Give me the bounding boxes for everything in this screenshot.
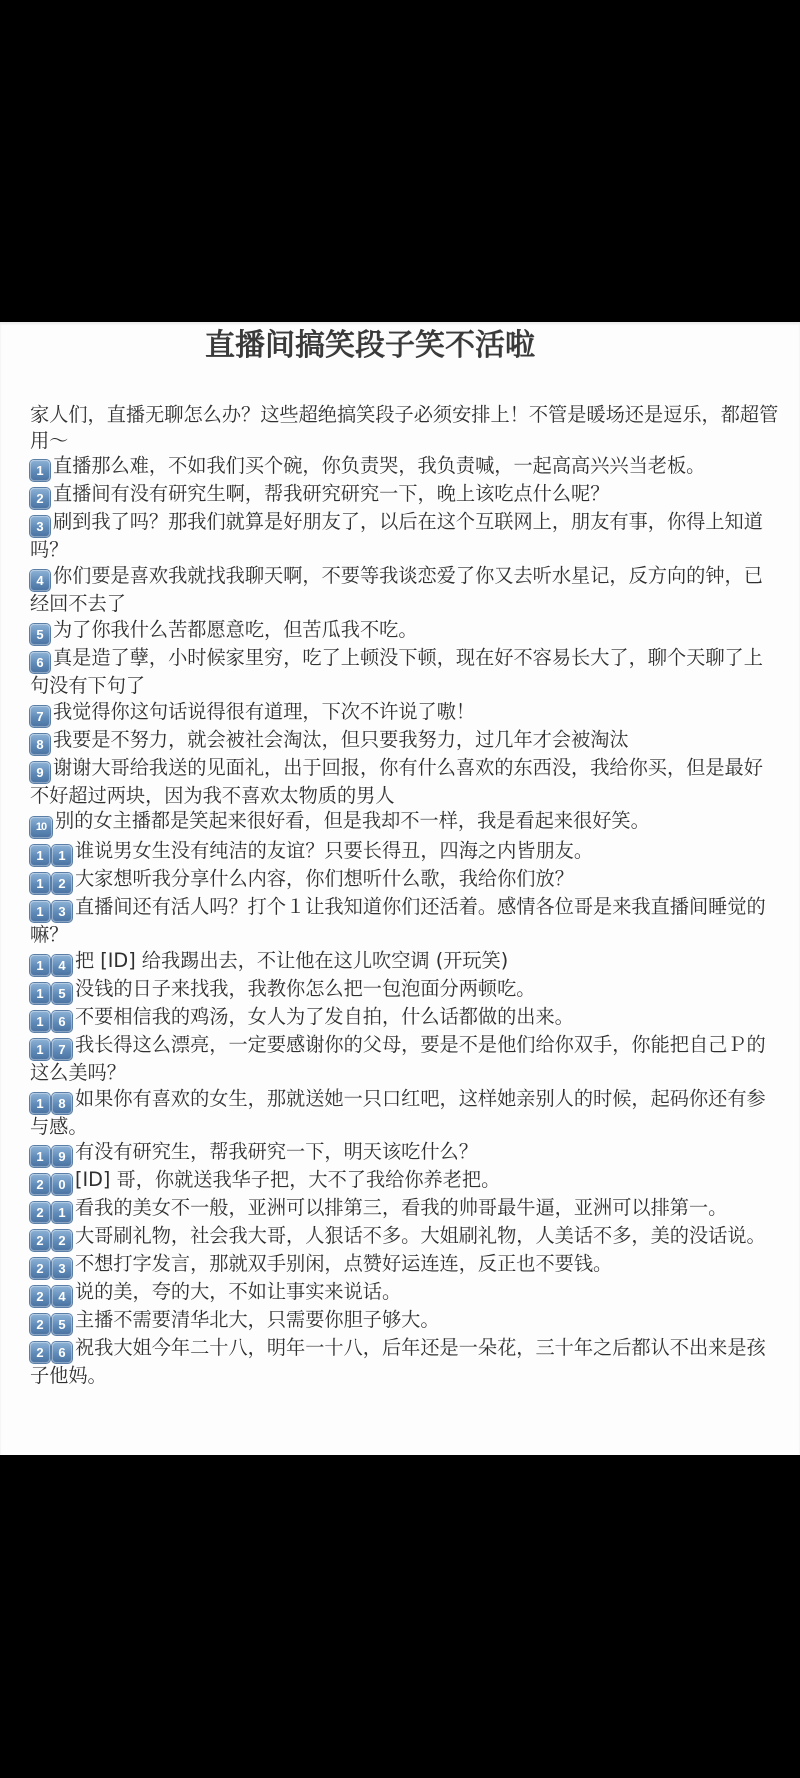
joke-text: 大哥刷礼物，社会我大哥，人狠话不多。大姐刷礼物，人美话不多，美的没话说。 <box>75 1224 766 1247</box>
number-keycap-icon: 10 <box>30 817 52 838</box>
joke-text: 如果你有喜欢的女生，那就送她一只口红吧，这样她亲别人的时候，起码你还有参与感。 <box>30 1087 766 1138</box>
joke-item: 1直播那么难，不如我们买个碗，你负责哭，我负责喊，一起高高兴兴当老板。 <box>30 453 782 481</box>
joke-item: 16不要相信我的鸡汤，女人为了发自拍，什么话都做的出来。 <box>30 1004 782 1032</box>
keycap-digit-icon: 1 <box>52 845 72 866</box>
keycap-digit-icon: 5 <box>52 1314 72 1335</box>
joke-text: 没钱的日子来找我，我教你怎么把一包泡面分两顿吃。 <box>75 977 536 1000</box>
number-keycap-icon: 16 <box>30 1011 72 1032</box>
document-title: 直播间搞笑段子笑不活啦 <box>0 328 740 364</box>
joke-list: 1直播那么难，不如我们买个碗，你负责哭，我负责喊，一起高高兴兴当老板。 2直播间… <box>30 453 782 1389</box>
keycap-digit-icon: 1 <box>30 1011 50 1032</box>
joke-text: 把 [ID] 给我踢出去，不让他在这儿吹空调 (开玩笑) <box>75 949 508 972</box>
keycap-digit-icon: 6 <box>52 1011 72 1032</box>
joke-item: 19有没有研究生，帮我研究一下，明天该吃什么？ <box>30 1139 782 1167</box>
keycap-digit-icon: 2 <box>30 1202 50 1223</box>
number-keycap-icon: 20 <box>30 1174 72 1195</box>
joke-item: 12大家想听我分享什么内容，你们想听什么歌，我给你们放？ <box>30 866 782 894</box>
joke-item: 4你们要是喜欢我就找我聊天啊，不要等我谈恋爱了你又去听水星记，反方向的钟，已经回… <box>30 563 782 617</box>
top-black-bar <box>0 0 800 322</box>
number-keycap-icon: 9 <box>30 762 50 783</box>
joke-text: 祝我大姐今年二十八，明年一十八，后年还是一朵花，三十年之后都认不出来是孩子他妈。 <box>30 1336 766 1387</box>
keycap-digit-icon: 10 <box>30 817 52 838</box>
joke-item: 23不想打字发言，那就双手别闲，点赞好运连连，反正也不要钱。 <box>30 1251 782 1279</box>
joke-item: 13直播间还有活人吗？打个１让我知道你们还活着。感情各位哥是来我直播间睡觉的嘛？ <box>30 894 782 948</box>
number-keycap-icon: 24 <box>30 1286 72 1307</box>
keycap-digit-icon: 3 <box>52 901 72 922</box>
joke-item: 6真是造了孽，小时候家里穷，吃了上顿没下顿，现在好不容易长大了，聊个天聊了上句没… <box>30 645 782 699</box>
number-keycap-icon: 11 <box>30 845 72 866</box>
joke-text: [ID] 哥，你就送我华子把，大不了我给你养老把。 <box>75 1168 500 1191</box>
joke-item: 15没钱的日子来找我，我教你怎么把一包泡面分两顿吃。 <box>30 976 782 1004</box>
number-keycap-icon: 21 <box>30 1202 72 1223</box>
keycap-digit-icon: 6 <box>30 652 50 673</box>
joke-text: 别的女主播都是笑起来很好看，但是我却不一样，我是看起来很好笑。 <box>55 809 650 832</box>
keycap-digit-icon: 7 <box>30 706 50 727</box>
joke-text: 刷到我了吗？那我们就算是好朋友了，以后在这个互联网上，朋友有事，你得上知道吗？ <box>30 510 763 561</box>
joke-item: 8我要是不努力，就会被社会淘汰，但只要我努力，过几年才会被淘汰 <box>30 727 782 755</box>
joke-text: 有没有研究生，帮我研究一下，明天该吃什么？ <box>75 1140 478 1163</box>
joke-item: 2直播间有没有研究生啊，帮我研究研究一下，晚上该吃点什么呢？ <box>30 481 782 509</box>
keycap-digit-icon: 7 <box>52 1039 72 1060</box>
keycap-digit-icon: 0 <box>52 1174 72 1195</box>
joke-item: 25主播不需要清华北大，只需要你胆子够大。 <box>30 1307 782 1335</box>
number-keycap-icon: 7 <box>30 706 50 727</box>
joke-text: 谁说男女生没有纯洁的友谊？只要长得丑，四海之内皆朋友。 <box>75 839 593 862</box>
keycap-digit-icon: 1 <box>30 955 50 976</box>
keycap-digit-icon: 1 <box>30 873 50 894</box>
number-keycap-icon: 12 <box>30 873 72 894</box>
keycap-digit-icon: 4 <box>30 570 50 591</box>
joke-item: 22大哥刷礼物，社会我大哥，人狠话不多。大姐刷礼物，人美话不多，美的没话说。 <box>30 1223 782 1251</box>
keycap-digit-icon: 2 <box>30 1286 50 1307</box>
joke-text: 直播间有没有研究生啊，帮我研究研究一下，晚上该吃点什么呢？ <box>53 482 609 505</box>
joke-item: 9谢谢大哥给我送的见面礼，出于回报，你有什么喜欢的东西没，我给你买，但是最好不好… <box>30 755 782 809</box>
joke-item: 17我长得这么漂亮，一定要感谢你的父母，要是不是他们给你双手，你能把自己Ｐ的这么… <box>30 1032 782 1086</box>
keycap-digit-icon: 8 <box>30 734 50 755</box>
keycap-digit-icon: 1 <box>30 1093 50 1114</box>
joke-text: 谢谢大哥给我送的见面礼，出于回报，你有什么喜欢的东西没，我给你买，但是最好不好超… <box>30 756 763 807</box>
keycap-digit-icon: 2 <box>52 873 72 894</box>
number-keycap-icon: 14 <box>30 955 72 976</box>
keycap-digit-icon: 4 <box>52 1286 72 1307</box>
joke-item: 5为了你我什么苦都愿意吃，但苦瓜我不吃。 <box>30 617 782 645</box>
joke-text: 真是造了孽，小时候家里穷，吃了上顿没下顿，现在好不容易长大了，聊个天聊了上句没有… <box>30 646 763 697</box>
keycap-digit-icon: 1 <box>30 460 50 481</box>
joke-item: 3刷到我了吗？那我们就算是好朋友了，以后在这个互联网上，朋友有事，你得上知道吗？ <box>30 509 782 563</box>
keycap-digit-icon: 3 <box>52 1258 72 1279</box>
joke-text: 不想打字发言，那就双手别闲，点赞好运连连，反正也不要钱。 <box>75 1252 612 1275</box>
joke-text: 我要是不努力，就会被社会淘汰，但只要我努力，过几年才会被淘汰 <box>53 728 629 751</box>
number-keycap-icon: 5 <box>30 624 50 645</box>
joke-item: 26祝我大姐今年二十八，明年一十八，后年还是一朵花，三十年之后都认不出来是孩子他… <box>30 1335 782 1389</box>
joke-item: 18如果你有喜欢的女生，那就送她一只口红吧，这样她亲别人的时候，起码你还有参与感… <box>30 1086 782 1140</box>
number-keycap-icon: 1 <box>30 460 50 481</box>
keycap-digit-icon: 2 <box>30 488 50 509</box>
joke-text: 说的美，夸的大，不如让事实来说话。 <box>75 1280 401 1303</box>
keycap-digit-icon: 2 <box>52 1230 72 1251</box>
joke-text: 直播那么难，不如我们买个碗，你负责哭，我负责喊，一起高高兴兴当老板。 <box>53 454 705 477</box>
number-keycap-icon: 18 <box>30 1093 72 1114</box>
joke-text: 我觉得你这句话说得很有道理，下次不许说了嗷！ <box>53 700 475 723</box>
keycap-digit-icon: 1 <box>30 983 50 1004</box>
number-keycap-icon: 25 <box>30 1314 72 1335</box>
intro-paragraph: 家人们，直播无聊怎么办？这些超绝搞笑段子必须安排上！不管是暖场还是逗乐，都超管用… <box>30 402 782 453</box>
keycap-digit-icon: 1 <box>52 1202 72 1223</box>
joke-text: 我长得这么漂亮，一定要感谢你的父母，要是不是他们给你双手，你能把自己Ｐ的这么美吗… <box>30 1033 766 1084</box>
keycap-digit-icon: 5 <box>52 983 72 1004</box>
joke-text: 大家想听我分享什么内容，你们想听什么歌，我给你们放？ <box>75 867 574 890</box>
bottom-black-bar <box>0 1455 800 1778</box>
number-keycap-icon: 19 <box>30 1146 72 1167</box>
number-keycap-icon: 15 <box>30 983 72 1004</box>
keycap-digit-icon: 3 <box>30 516 50 537</box>
keycap-digit-icon: 5 <box>30 624 50 645</box>
joke-item: 24说的美，夸的大，不如让事实来说话。 <box>30 1279 782 1307</box>
keycap-digit-icon: 1 <box>30 1039 50 1060</box>
number-keycap-icon: 23 <box>30 1258 72 1279</box>
number-keycap-icon: 6 <box>30 652 50 673</box>
joke-item: 21看我的美女不一般，亚洲可以排第三，看我的帅哥最牛逼，亚洲可以排第一。 <box>30 1195 782 1223</box>
keycap-digit-icon: 9 <box>30 762 50 783</box>
keycap-digit-icon: 9 <box>52 1146 72 1167</box>
joke-text: 直播间还有活人吗？打个１让我知道你们还活着。感情各位哥是来我直播间睡觉的嘛？ <box>30 895 766 946</box>
joke-item: 11谁说男女生没有纯洁的友谊？只要长得丑，四海之内皆朋友。 <box>30 838 782 866</box>
number-keycap-icon: 8 <box>30 734 50 755</box>
joke-item: 14把 [ID] 给我踢出去，不让他在这儿吹空调 (开玩笑) <box>30 948 782 976</box>
keycap-digit-icon: 4 <box>52 955 72 976</box>
number-keycap-icon: 2 <box>30 488 50 509</box>
keycap-digit-icon: 1 <box>30 845 50 866</box>
number-keycap-icon: 13 <box>30 901 72 922</box>
keycap-digit-icon: 8 <box>52 1093 72 1114</box>
joke-item: 7我觉得你这句话说得很有道理，下次不许说了嗷！ <box>30 699 782 727</box>
number-keycap-icon: 3 <box>30 516 50 537</box>
joke-text: 主播不需要清华北大，只需要你胆子够大。 <box>75 1308 440 1331</box>
document-image: 直播间搞笑段子笑不活啦 家人们，直播无聊怎么办？这些超绝搞笑段子必须安排上！不管… <box>0 322 800 1455</box>
keycap-digit-icon: 2 <box>30 1258 50 1279</box>
joke-item: 10别的女主播都是笑起来很好看，但是我却不一样，我是看起来很好笑。 <box>30 808 782 838</box>
keycap-digit-icon: 2 <box>30 1174 50 1195</box>
keycap-digit-icon: 6 <box>52 1342 72 1363</box>
number-keycap-icon: 4 <box>30 570 50 591</box>
joke-item: 20[ID] 哥，你就送我华子把，大不了我给你养老把。 <box>30 1167 782 1195</box>
number-keycap-icon: 22 <box>30 1230 72 1251</box>
keycap-digit-icon: 2 <box>30 1314 50 1335</box>
keycap-digit-icon: 1 <box>30 1146 50 1167</box>
keycap-digit-icon: 2 <box>30 1230 50 1251</box>
joke-text: 为了你我什么苦都愿意吃，但苦瓜我不吃。 <box>53 618 418 641</box>
document-body: 家人们，直播无聊怎么办？这些超绝搞笑段子必须安排上！不管是暖场还是逗乐，都超管用… <box>30 402 782 1389</box>
joke-text: 看我的美女不一般，亚洲可以排第三，看我的帅哥最牛逼，亚洲可以排第一。 <box>75 1196 727 1219</box>
keycap-digit-icon: 2 <box>30 1342 50 1363</box>
joke-text: 你们要是喜欢我就找我聊天啊，不要等我谈恋爱了你又去听水星记，反方向的钟，已经回不… <box>30 564 763 615</box>
number-keycap-icon: 17 <box>30 1039 72 1060</box>
keycap-digit-icon: 1 <box>30 901 50 922</box>
number-keycap-icon: 26 <box>30 1342 72 1363</box>
joke-text: 不要相信我的鸡汤，女人为了发自拍，什么话都做的出来。 <box>75 1005 574 1028</box>
